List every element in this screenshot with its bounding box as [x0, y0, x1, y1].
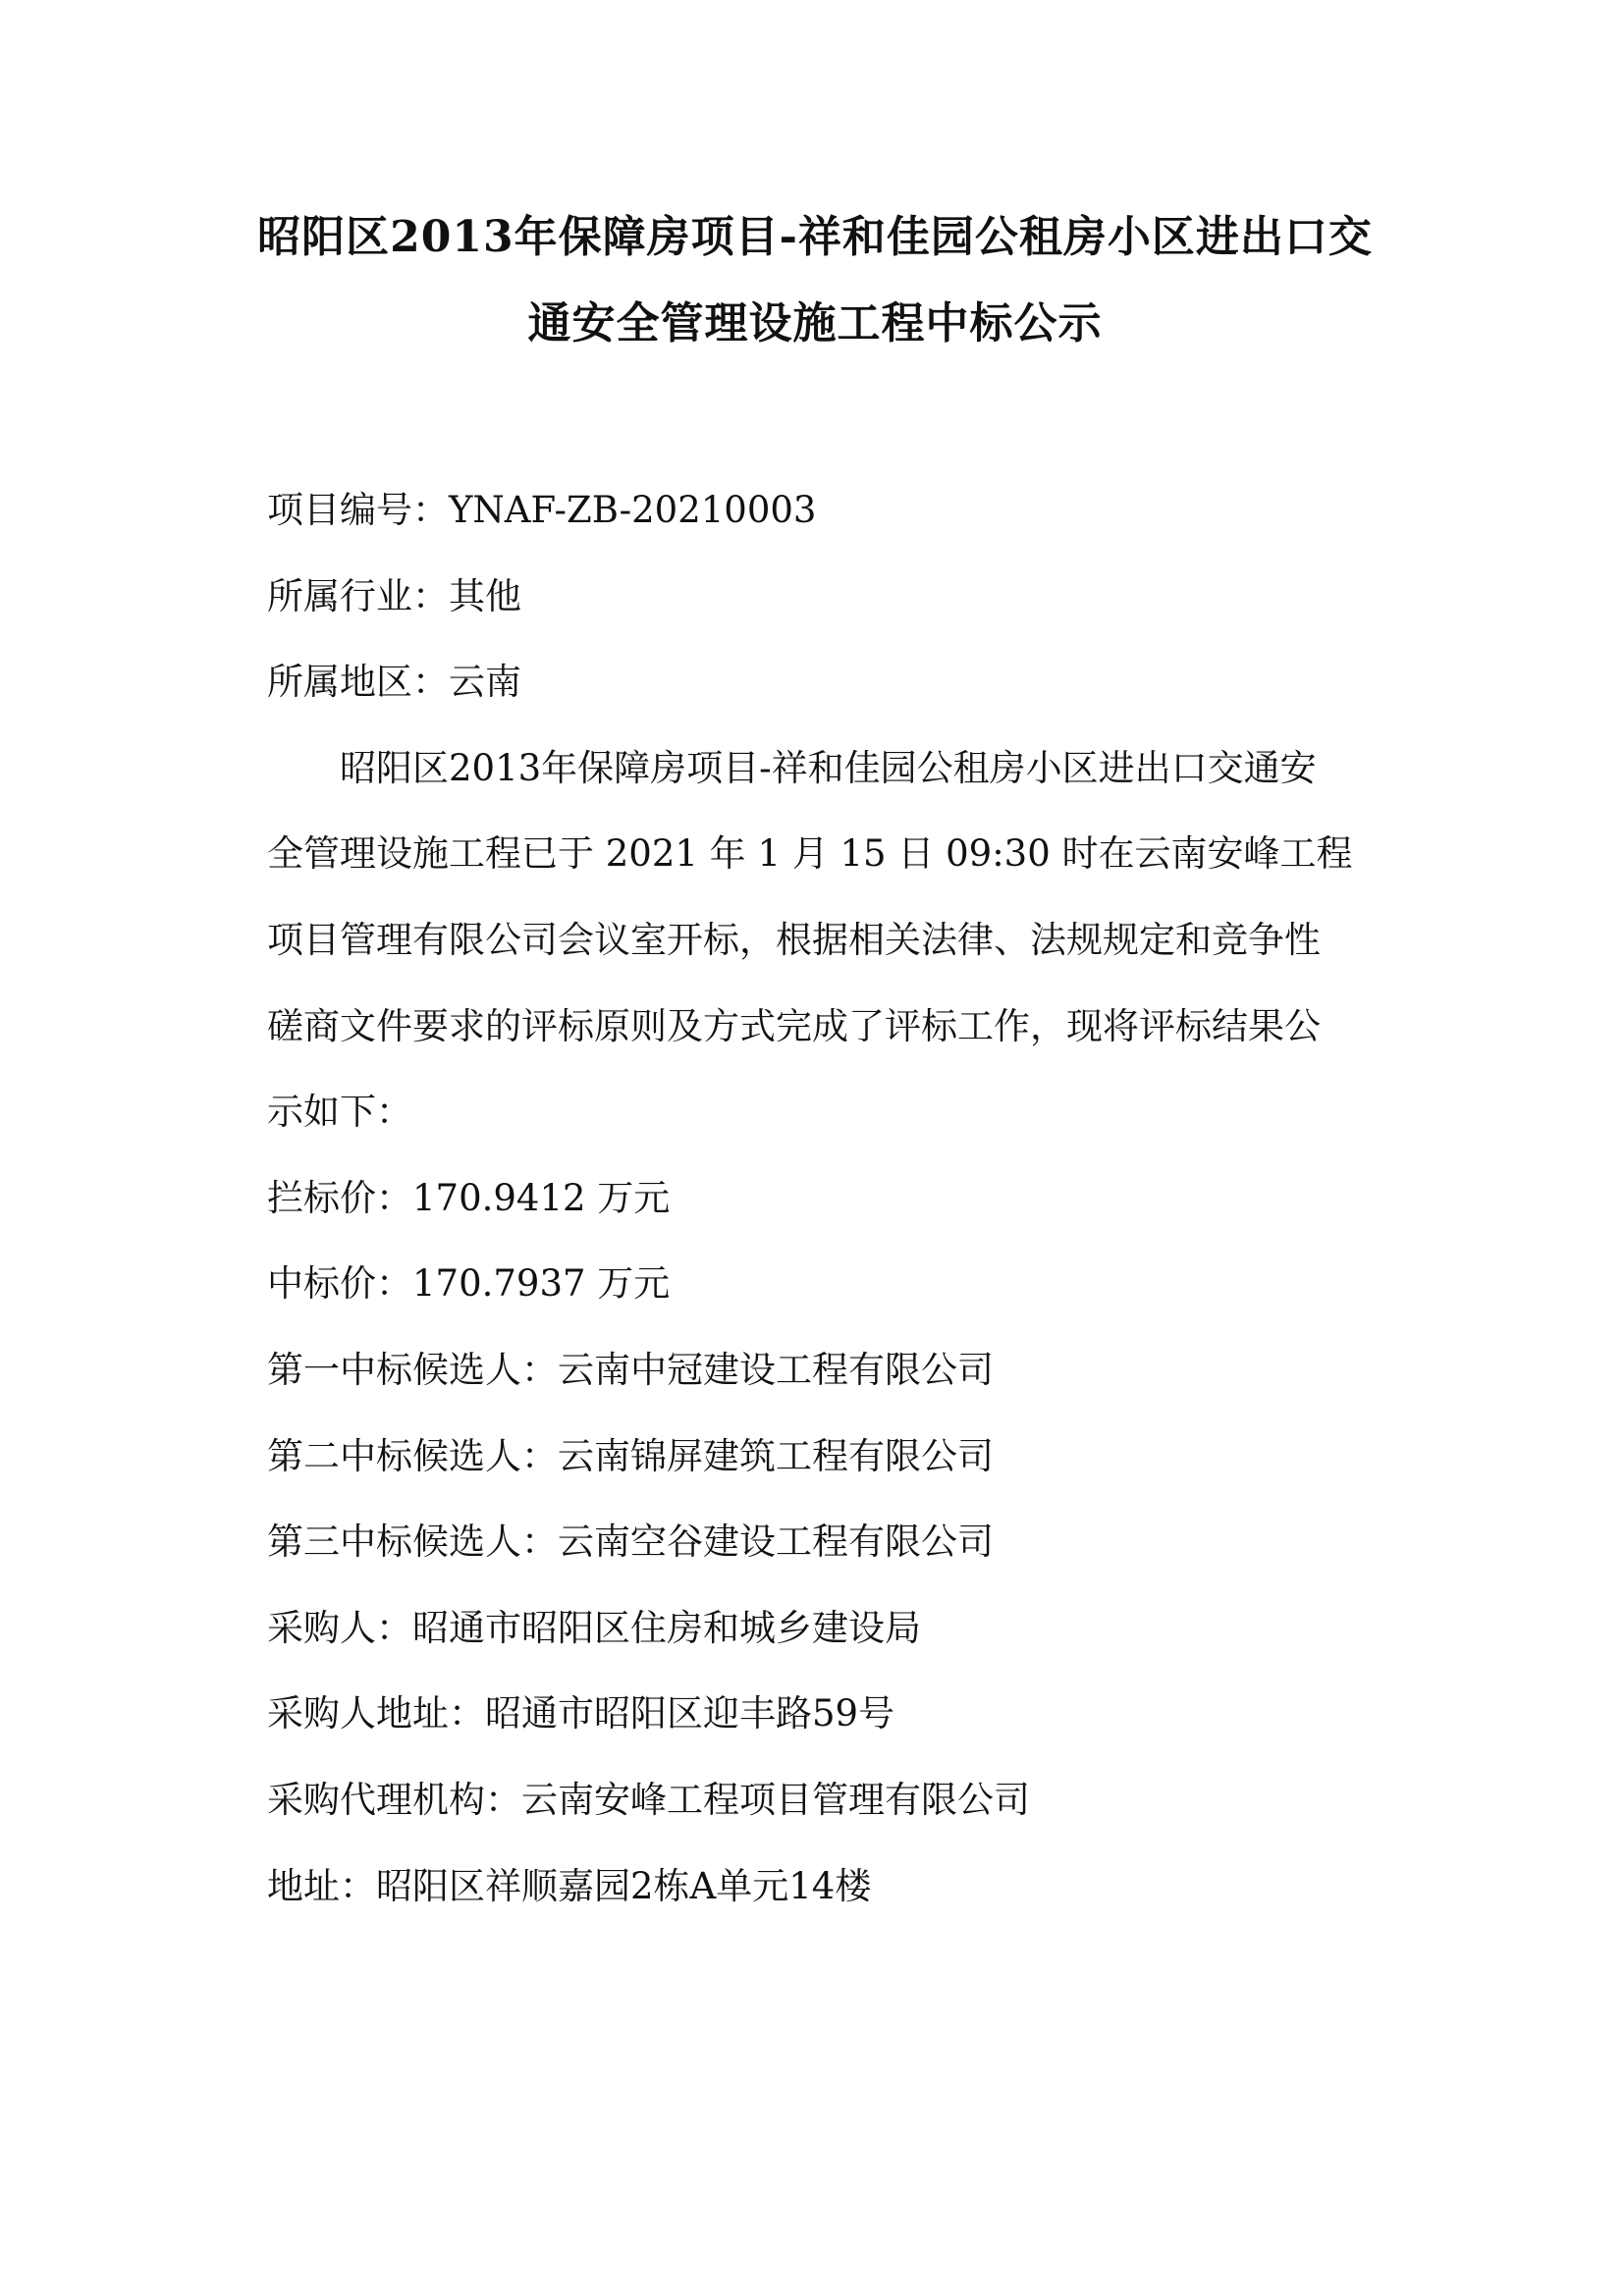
result-value: 昭阳区祥顺嘉园2栋A单元14楼: [376, 1865, 871, 1907]
result-value: 170.9412 万元: [412, 1177, 670, 1219]
meta-project-number: 项目编号：YNAF-ZB-20210003: [267, 467, 1377, 554]
result-value: 昭通市昭阳区住房和城乡建设局: [412, 1607, 921, 1649]
paragraph-line: 全管理设施工程已于 2021 年 1 月 15 日 09:30 时在云南安峰工程: [267, 811, 1377, 897]
meta-value: 其他: [449, 575, 521, 617]
paragraph-line: 磋商文件要求的评标原则及方式完成了评标工作，现将评标结果公: [267, 984, 1377, 1070]
document-body: 项目编号：YNAF-ZB-20210003 所属行业：其他 所属地区：云南 昭阳…: [267, 467, 1377, 1929]
result-value: 昭通市昭阳区迎丰路59号: [485, 1692, 894, 1735]
meta-label: 所属地区：: [267, 661, 449, 703]
result-label: 中标价：: [267, 1262, 412, 1305]
result-first-candidate: 第一中标候选人：云南中冠建设工程有限公司: [267, 1327, 1377, 1414]
title-line-2: 通安全管理设施工程中标公示: [255, 294, 1375, 353]
result-label: 采购代理机构：: [267, 1779, 521, 1821]
result-purchaser-address: 采购人地址：昭通市昭阳区迎丰路59号: [267, 1671, 1377, 1757]
result-third-candidate: 第三中标候选人：云南空谷建设工程有限公司: [267, 1499, 1377, 1585]
result-value: 云南中冠建设工程有限公司: [558, 1349, 994, 1391]
paragraph-line: 昭阳区2013年保障房项目-祥和佳园公租房小区进出口交通安: [267, 725, 1377, 812]
announcement-paragraph: 昭阳区2013年保障房项目-祥和佳园公租房小区进出口交通安 全管理设施工程已于 …: [267, 725, 1377, 1155]
meta-label: 项目编号：: [267, 489, 449, 531]
result-label: 拦标价：: [267, 1177, 412, 1219]
meta-industry: 所属行业：其他: [267, 554, 1377, 640]
result-second-candidate: 第二中标候选人：云南锦屏建筑工程有限公司: [267, 1414, 1377, 1500]
result-agency: 采购代理机构：云南安峰工程项目管理有限公司: [267, 1757, 1377, 1843]
result-value: 云南空谷建设工程有限公司: [558, 1521, 994, 1563]
result-purchaser: 采购人：昭通市昭阳区住房和城乡建设局: [267, 1585, 1377, 1672]
result-value: 170.7937 万元: [412, 1262, 670, 1305]
meta-label: 所属行业：: [267, 575, 449, 617]
result-winning-price: 中标价：170.7937 万元: [267, 1241, 1377, 1327]
result-agency-address: 地址：昭阳区祥顺嘉园2栋A单元14楼: [267, 1843, 1377, 1930]
result-ceiling-price: 拦标价：170.9412 万元: [267, 1155, 1377, 1242]
result-label: 采购人：: [267, 1607, 412, 1649]
result-label: 第二中标候选人：: [267, 1435, 558, 1477]
paragraph-line: 项目管理有限公司会议室开标，根据相关法律、法规规定和竞争性: [267, 897, 1377, 984]
document-page: 昭阳区2013年保障房项目-祥和佳园公租房小区进出口交 通安全管理设施工程中标公…: [0, 0, 1624, 2296]
result-label: 第三中标候选人：: [267, 1521, 558, 1563]
paragraph-line: 示如下：: [267, 1069, 1377, 1155]
title-line-1: 昭阳区2013年保障房项目-祥和佳园公租房小区进出口交: [255, 208, 1375, 267]
meta-region: 所属地区：云南: [267, 639, 1377, 725]
meta-value: YNAF-ZB-20210003: [449, 489, 816, 531]
result-value: 云南安峰工程项目管理有限公司: [521, 1779, 1030, 1821]
result-label: 地址：: [267, 1865, 376, 1907]
result-label: 第一中标候选人：: [267, 1349, 558, 1391]
meta-value: 云南: [449, 661, 521, 703]
result-label: 采购人地址：: [267, 1692, 485, 1735]
result-value: 云南锦屏建筑工程有限公司: [558, 1435, 994, 1477]
